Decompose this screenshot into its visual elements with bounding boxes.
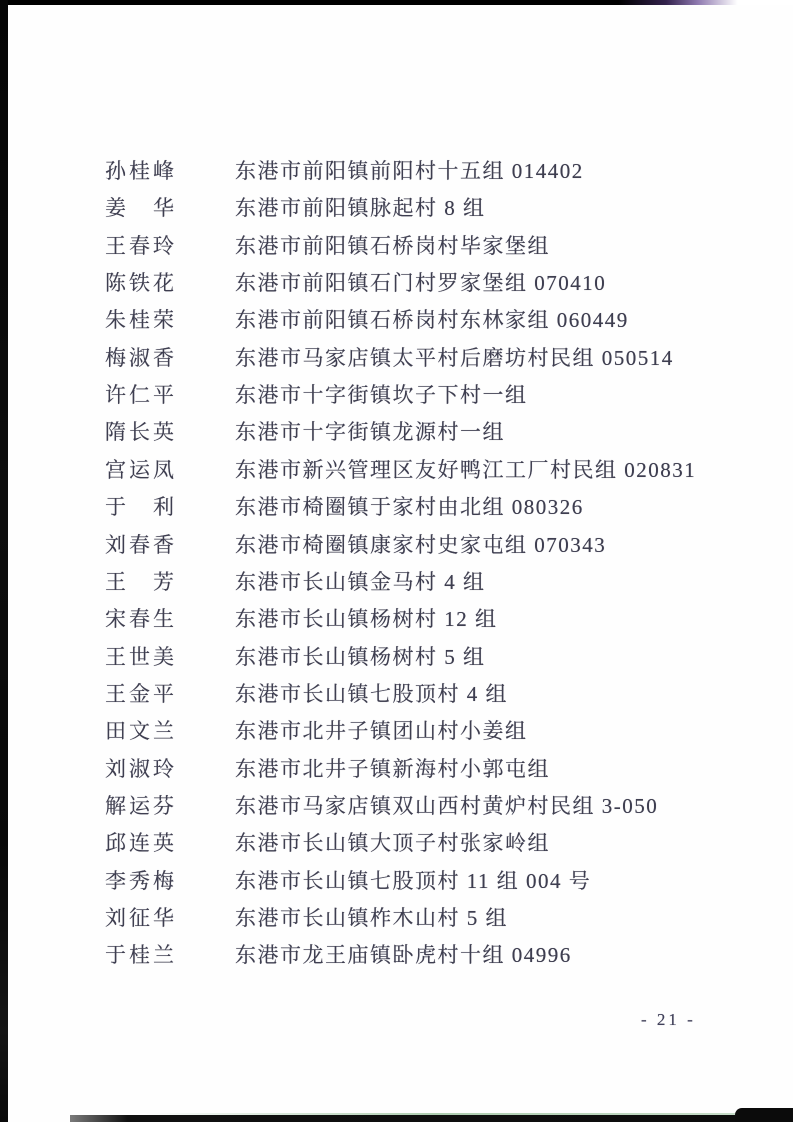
person-address: 东港市马家店镇太平村后磨坊村民组 050514 [235,346,674,370]
list-item: 王 芳东港市长山镇金马村 4 组 [0,570,793,594]
person-name: 李秀梅 [105,869,177,893]
person-name: 王 芳 [105,570,177,594]
person-name: 隋长英 [105,420,177,444]
person-name: 宋春生 [105,607,177,631]
list-item: 田文兰东港市北井子镇团山村小姜组 [0,719,793,743]
person-name: 梅淑香 [105,346,177,370]
scan-edge-bottom [70,1115,793,1122]
person-address: 东港市前阳镇石桥岗村东林家组 060449 [235,308,629,332]
person-name: 刘春香 [105,533,177,557]
person-address: 东港市北井子镇团山村小姜组 [235,719,528,743]
person-address: 东港市长山镇七股顶村 11 组 004 号 [235,869,591,893]
person-name: 孙桂峰 [105,159,177,183]
person-address: 东港市北井子镇新海村小郭屯组 [235,757,550,781]
list-item: 于 利东港市椅圈镇于家村由北组 080326 [0,495,793,519]
person-address: 东港市龙王庙镇卧虎村十组 04996 [235,943,572,967]
person-address: 东港市十字街镇坎子下村一组 [235,383,528,407]
person-address: 东港市前阳镇前阳村十五组 014402 [235,159,584,183]
person-name: 王春玲 [105,234,177,258]
list-item: 朱桂荣东港市前阳镇石桥岗村东林家组 060449 [0,308,793,332]
list-item: 隋长英东港市十字街镇龙源村一组 [0,420,793,444]
list-item: 陈铁花东港市前阳镇石门村罗家堡组 070410 [0,271,793,295]
list-item: 孙桂峰东港市前阳镇前阳村十五组 014402 [0,159,793,183]
list-item: 宫运凤东港市新兴管理区友好鸭江工厂村民组 020831 [0,458,793,482]
list-item: 李秀梅东港市长山镇七股顶村 11 组 004 号 [0,869,793,893]
list-item: 刘淑玲东港市北井子镇新海村小郭屯组 [0,757,793,781]
list-item: 宋春生东港市长山镇杨树村 12 组 [0,607,793,631]
list-item: 王世美东港市长山镇杨树村 5 组 [0,645,793,669]
person-name: 王世美 [105,645,177,669]
person-address: 东港市马家店镇双山西村黄炉村民组 3-050 [235,794,658,818]
person-name: 宫运凤 [105,458,177,482]
scan-edge-top [0,0,793,5]
list-item: 解运芬东港市马家店镇双山西村黄炉村民组 3-050 [0,794,793,818]
person-name: 解运芬 [105,794,177,818]
scanned-document-page: 孙桂峰东港市前阳镇前阳村十五组 014402姜 华东港市前阳镇脉起村 8 组王春… [0,0,793,1122]
list-item: 姜 华东港市前阳镇脉起村 8 组 [0,196,793,220]
person-name: 刘淑玲 [105,757,177,781]
person-name: 田文兰 [105,719,177,743]
list-item: 许仁平东港市十字街镇坎子下村一组 [0,383,793,407]
person-name: 于 利 [105,495,177,519]
list-item: 王春玲东港市前阳镇石桥岗村毕家堡组 [0,234,793,258]
list-item: 邱连英东港市长山镇大顶子村张家岭组 [0,831,793,855]
scan-edge-bottom-right-corner [735,1108,793,1122]
person-name: 朱桂荣 [105,308,177,332]
person-address: 东港市长山镇柞木山村 5 组 [235,906,508,930]
person-address: 东港市新兴管理区友好鸭江工厂村民组 020831 [235,458,696,482]
person-name: 刘征华 [105,906,177,930]
person-address: 东港市前阳镇脉起村 8 组 [235,196,486,220]
list-item: 梅淑香东港市马家店镇太平村后磨坊村民组 050514 [0,346,793,370]
person-name: 许仁平 [105,383,177,407]
list-item: 于桂兰东港市龙王庙镇卧虎村十组 04996 [0,943,793,967]
person-address: 东港市十字街镇龙源村一组 [235,420,505,444]
scan-edge-left [0,0,8,1122]
person-address: 东港市长山镇金马村 4 组 [235,570,486,594]
person-name: 王金平 [105,682,177,706]
person-address: 东港市前阳镇石门村罗家堡组 070410 [235,271,606,295]
page-number: - 21 - [641,1008,696,1032]
person-address: 东港市前阳镇石桥岗村毕家堡组 [235,234,550,258]
person-name: 邱连英 [105,831,177,855]
person-address: 东港市长山镇杨树村 12 组 [235,607,498,631]
person-name: 姜 华 [105,196,177,220]
person-address: 东港市椅圈镇于家村由北组 080326 [235,495,584,519]
list-item: 刘春香东港市椅圈镇康家村史家屯组 070343 [0,533,793,557]
person-address: 东港市椅圈镇康家村史家屯组 070343 [235,533,606,557]
person-address: 东港市长山镇大顶子村张家岭组 [235,831,550,855]
person-address: 东港市长山镇七股顶村 4 组 [235,682,508,706]
list-item: 刘征华东港市长山镇柞木山村 5 组 [0,906,793,930]
list-item: 王金平东港市长山镇七股顶村 4 组 [0,682,793,706]
person-name: 陈铁花 [105,271,177,295]
person-address: 东港市长山镇杨树村 5 组 [235,645,486,669]
recipient-list: 孙桂峰东港市前阳镇前阳村十五组 014402姜 华东港市前阳镇脉起村 8 组王春… [0,0,793,1122]
person-name: 于桂兰 [105,943,177,967]
